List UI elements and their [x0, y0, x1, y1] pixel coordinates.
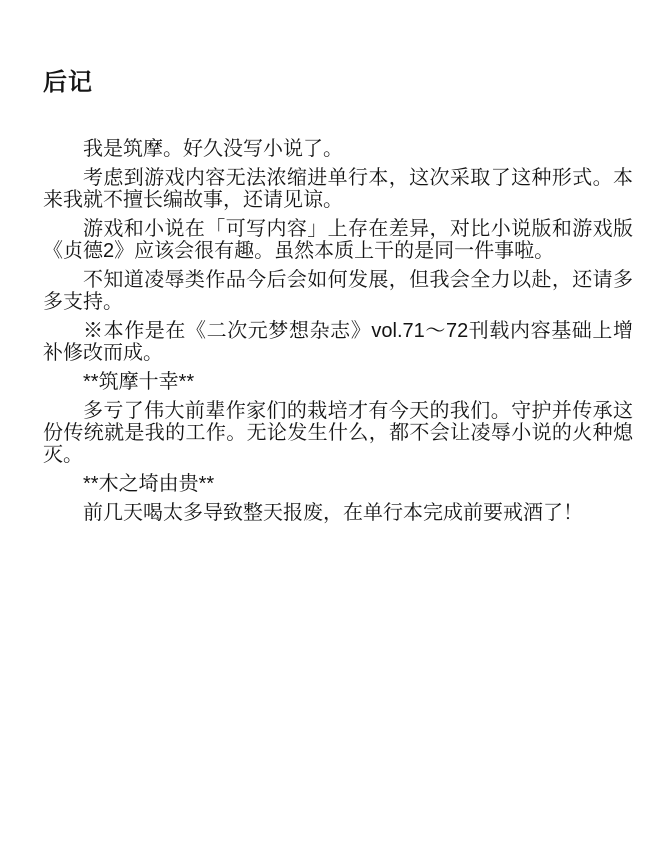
paragraph-format-note: 考虑到游戏内容无法浓缩进单行本，这次采取了这种形式。本来我就不擅长编故事，还请见… [43, 167, 633, 211]
paragraph-intro: 我是筑摩。好久没写小说了。 [43, 138, 633, 160]
afterword-body: 我是筑摩。好久没写小说了。 考虑到游戏内容无法浓缩进单行本，这次采取了这种形式。… [43, 138, 633, 524]
author-name-kinosaki: **木之埼由贵** [43, 473, 633, 495]
page-title: 后记 [43, 70, 633, 96]
paragraph-game-vs-novel: 游戏和小说在「可写内容」上存在差异，对比小说版和游戏版《贞德2》应该会很有趣。虽… [43, 218, 633, 262]
paragraph-publication-note: ※本作是在《二次元梦想杂志》vol.71～72刊载内容基础上增补修改而成。 [43, 320, 633, 364]
paragraph-tradition: 多亏了伟大前辈作家们的栽培才有今天的我们。守护并传承这份传统就是我的工作。无论发… [43, 400, 633, 466]
author-name-tsukuma: **筑摩十幸** [43, 371, 633, 393]
afterword-page: 后记 我是筑摩。好久没写小说了。 考虑到游戏内容无法浓缩进单行本，这次采取了这种… [0, 0, 650, 850]
paragraph-support-request: 不知道凌辱类作品今后会如何发展，但我会全力以赴，还请多多支持。 [43, 269, 633, 313]
paragraph-closing-joke: 前几天喝太多导致整天报废，在单行本完成前要戒酒了！ [43, 502, 633, 524]
